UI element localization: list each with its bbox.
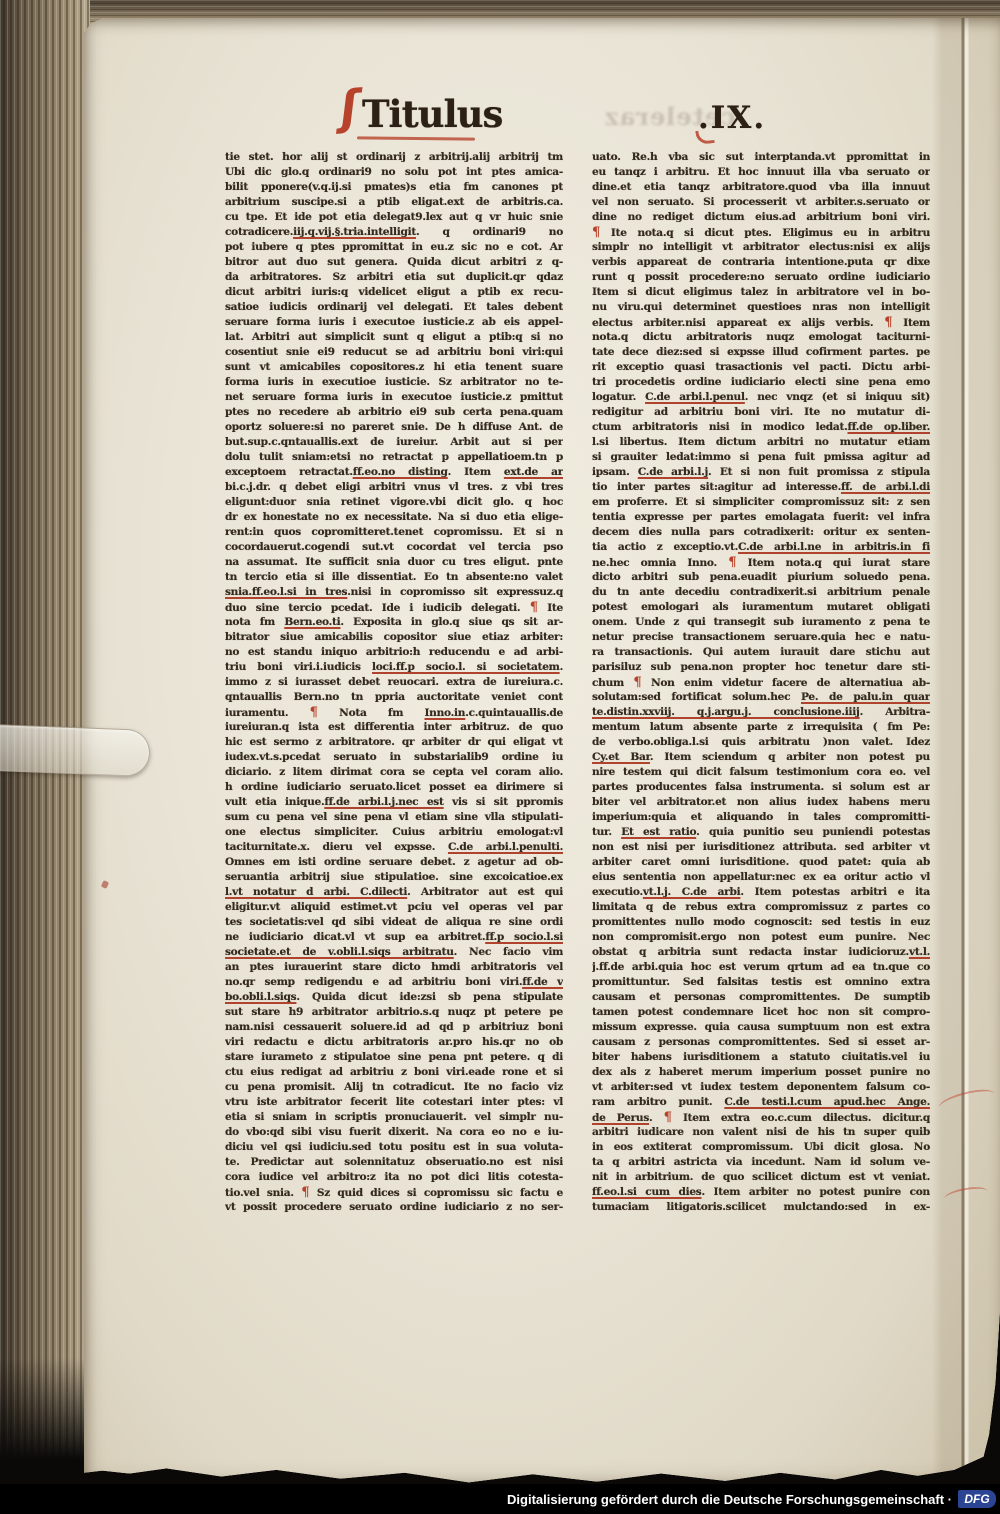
text-line: simplr no intelligit vt arbitrator elect… bbox=[592, 240, 930, 255]
text-line: tia actio z exceptio.vt.C.de arbi.l.ne i… bbox=[592, 540, 930, 555]
text-line: dolu tulit sniam:etsi no retractat p app… bbox=[225, 450, 563, 465]
text-line: societate.et de v.obli.l.siqs arbitratu.… bbox=[225, 945, 563, 960]
text-line: in eos extiterat compromissum. Ubi dicit… bbox=[592, 1140, 930, 1155]
text-line: non est nisi per iurisditionez attributa… bbox=[592, 840, 930, 855]
text-column-right: uato. Re.h vba sic sut interptanda.vt pp… bbox=[592, 150, 930, 1215]
text-line: obstat q arbitria sunt redacta instar iu… bbox=[592, 945, 930, 960]
text-line: na assumat. Ite sufficit snia duor cu tr… bbox=[225, 555, 563, 570]
text-line: bitror aut duo sut genera. Quida dicut a… bbox=[225, 255, 563, 270]
text-line: net seruare forma iuris in executoe iust… bbox=[225, 390, 563, 405]
text-line: tri procedetis ordine iudiciario electi … bbox=[592, 375, 930, 390]
text-line: decem dies nulla pars cotradixerit: orit… bbox=[592, 525, 930, 540]
text-line: ctu eius redigat ad arbitriu z boni viri… bbox=[225, 1065, 563, 1080]
text-line: te.distin.xxviij. q.j.argu.j. conclusion… bbox=[592, 705, 930, 720]
text-line: dine.et etia tanqz arbitratore.quod vba … bbox=[592, 180, 930, 195]
text-line: te. Predictar aut solennitatuz obseruati… bbox=[225, 1155, 563, 1170]
text-column-left: tie stet. hor alij st ordinarij z arbitr… bbox=[225, 150, 563, 1215]
text-line: tie stet. hor alij st ordinarij z arbitr… bbox=[225, 150, 563, 165]
text-line: solutam:sed fortificat solum.hec Pe. de … bbox=[592, 690, 930, 705]
text-line: sum cu pena vel sine pena vl etiam sine … bbox=[225, 810, 563, 825]
text-line: de Perus. ¶ Item extra eo.c.cum dilectus… bbox=[592, 1110, 930, 1125]
text-line: causam et personas compromittentes. De s… bbox=[592, 990, 930, 1005]
text-line: diciario. z litem dirimat cora se cepta … bbox=[225, 765, 563, 780]
text-line: tio inter partes sit:agitur ad interesse… bbox=[592, 480, 930, 495]
text-line: imperium:quia et aliquando in tales comp… bbox=[592, 810, 930, 825]
text-line: tio.vel snia. ¶ Sz quid dices si copromi… bbox=[225, 1185, 563, 1200]
text-line: ¶ Ite nota.q si dicut ptes. Eligimus eu … bbox=[592, 225, 930, 240]
text-line: iureiuran.q ista est differentia inter a… bbox=[225, 720, 563, 735]
text-line: tumaciam litigatoris.scilicet mulctando:… bbox=[592, 1200, 930, 1215]
text-line: snia.ff.eo.l.si in tres.nisi in copromis… bbox=[225, 585, 563, 600]
text-line: tamen potest condemnare licet hoc non si… bbox=[592, 1005, 930, 1020]
text-line: sut stare h9 arbitrator arbitrio.s.q nuq… bbox=[225, 1005, 563, 1020]
text-line: nota fm Bern.eo.ti. Exposita in glo.q si… bbox=[225, 615, 563, 630]
text-line: partes producentes falsa instrumenta. si… bbox=[592, 780, 930, 795]
text-line: dicto arbitri sub pena.euadit piurium so… bbox=[592, 570, 930, 585]
text-line: l.si libertus. Item dictum arbitri no mu… bbox=[592, 435, 930, 450]
text-line: cotradicere.iij.q.vij.§.tria.intelligit.… bbox=[225, 225, 563, 240]
digitization-credit-text: Digitalisierung gefördert durch die Deut… bbox=[507, 1492, 952, 1507]
text-line: ctum arbitratoris nisi in modico ledat.f… bbox=[592, 420, 930, 435]
text-line: lat. Arbitri aut simplicit sunt q eligut… bbox=[225, 330, 563, 345]
text-line: logatur. C.de arbi.l.penul. nec vnqz (et… bbox=[592, 390, 930, 405]
page-title: Titulus bbox=[362, 92, 502, 136]
text-line: j.ff.de arbi.quia hoc est verum qrtum ad… bbox=[592, 960, 930, 975]
text-line: nit in arbitrium. de quo scilicet dictum… bbox=[592, 1170, 930, 1185]
text-line: cu pena promisit. Alij tn cotradicut. It… bbox=[225, 1080, 563, 1095]
text-line: ipsam. C.de arbi.l.j. Et si non fuit pro… bbox=[592, 465, 930, 480]
text-line: tentia expresse per partes emolagata fue… bbox=[592, 510, 930, 525]
text-line: oportz soluere:si no pareret snie. De h … bbox=[225, 420, 563, 435]
text-line: chum ¶ Non enim videtur facere de altern… bbox=[592, 675, 930, 690]
text-line: one electus simpliciter. Cuius arbitriu … bbox=[225, 825, 563, 840]
text-line: seruantia arbitrij siue stipulatioe. sin… bbox=[225, 870, 563, 885]
text-line: biter vel arbitrator.et non alius iudex … bbox=[592, 795, 930, 810]
text-line: mentum latum absente parte z irrequisita… bbox=[592, 720, 930, 735]
text-line: iuramentu. ¶ Nota fm Inno.in.c.quintaual… bbox=[225, 705, 563, 720]
text-line: nota.q dictu arbitratoris nuqz emologat … bbox=[592, 330, 930, 345]
text-line: pot iubere q ptes ppromittat in eu.z sic… bbox=[225, 240, 563, 255]
text-line: du tn ante decediu contradixerit.si arbi… bbox=[592, 585, 930, 600]
text-line: duo sine tercio pcedat. Ide i iudicib de… bbox=[225, 600, 563, 615]
text-line: viri redactu e dictu arbitratoris ar.pro… bbox=[225, 1035, 563, 1050]
text-line: stare iurameto z stipulatoe sine pena pn… bbox=[225, 1050, 563, 1065]
text-line: arbitrium suscipe.si a ptib eligat.ext d… bbox=[225, 195, 563, 210]
text-line: redigitur ad arbitriu boni viri. Ite no … bbox=[592, 405, 930, 420]
page-marker-tab bbox=[0, 724, 151, 777]
rubric-flourish-icon bbox=[695, 129, 714, 145]
text-line: bi.c.j.dr. q debet eligi arbitri vnus vl… bbox=[225, 480, 563, 495]
text-line: Omnes em isti ordine seruare debet. z ag… bbox=[225, 855, 563, 870]
text-line: eu tanqz i arbitru. Et hoc innuut illa v… bbox=[592, 165, 930, 180]
manuscript-page: ʃ Titulus ceteleraz .IX. tie stet. hor a… bbox=[84, 18, 1000, 1486]
text-line: vel non seruato. Si processerit vt arbit… bbox=[592, 195, 930, 210]
text-line: causam z personas compromittentes. Sed s… bbox=[592, 1035, 930, 1050]
text-line: dr ex honestate no ex necessitate. Na si… bbox=[225, 510, 563, 525]
text-line: netur precise transactionem seruare.quia… bbox=[592, 630, 930, 645]
text-line: rit exceptio quasi trasactionis vel pact… bbox=[592, 360, 930, 375]
text-line: exceptoem retractat.ff.eo.no disting. It… bbox=[225, 465, 563, 480]
text-line: tn tercio etia si ille dissentiat. Eo tn… bbox=[225, 570, 563, 585]
text-line: executio.vt.l.j. C.de arbi. Item potesta… bbox=[592, 885, 930, 900]
text-line: parisiluz sub pena.non propter hoc tenet… bbox=[592, 660, 930, 675]
text-line: nu viru.qui determinet questioes nras no… bbox=[592, 300, 930, 315]
text-line: ra transactionis. Qui autem iurauit dare… bbox=[592, 645, 930, 660]
text-line: eius sententia non appellatur:nec ex ea … bbox=[592, 870, 930, 885]
text-line: promittentes nullo modo cognoscit: sed t… bbox=[592, 915, 930, 930]
text-line: dine no rediget dictum eius.ad arbitrium… bbox=[592, 210, 930, 225]
text-line: uato. Re.h vba sic sut interptanda.vt pp… bbox=[592, 150, 930, 165]
text-line: verbis appareat de contraria intentione.… bbox=[592, 255, 930, 270]
text-line: cora iudice vel arbitro:z ita no pot dic… bbox=[225, 1170, 563, 1185]
text-line: diciu vel qsi iudiciu.sed totu positu es… bbox=[225, 1140, 563, 1155]
text-line: Ubi dic glo.q ordinari9 no solu pot int … bbox=[225, 165, 563, 180]
text-line: sunt vt amicabiles copositores.z hi etia… bbox=[225, 360, 563, 375]
text-line: but.sup.c.qntauallis.ext de iureiur. Arb… bbox=[225, 435, 563, 450]
text-line: satioe iudicis ordinarij vel delegati. E… bbox=[225, 300, 563, 315]
text-line: ram arbitro punit. C.de testi.l.cum apud… bbox=[592, 1095, 930, 1110]
text-line: non compromisit.ergo non potest eum puni… bbox=[592, 930, 930, 945]
rubric-underline bbox=[357, 136, 475, 140]
text-line: ff.eo.l.si cum dies. Item arbiter no pot… bbox=[592, 1185, 930, 1200]
text-line: vult etia inique.ff.de arbi.l.j.nec est … bbox=[225, 795, 563, 810]
scanned-book-viewer: ʃ Titulus ceteleraz .IX. tie stet. hor a… bbox=[0, 0, 1000, 1514]
text-line: cocordauerut.cogendi sut.vt cocordat vel… bbox=[225, 540, 563, 555]
text-line: cu tpe. Et ide pot etia delegat9.lex aut… bbox=[225, 210, 563, 225]
text-line: arbitri iudicare non valent nisi de his … bbox=[592, 1125, 930, 1140]
text-line: nire testem qui dicit falsum testimonium… bbox=[592, 765, 930, 780]
text-line: do vbo:qd sibi visu fuerit dixerit. Na c… bbox=[225, 1125, 563, 1140]
text-line: ta q arbitri astricta via incedunt. Nam … bbox=[592, 1155, 930, 1170]
text-line: promittuntur. Sed falsitas testis est om… bbox=[592, 975, 930, 990]
text-line: no.qr semp redigendu e ad arbitriu boni … bbox=[225, 975, 563, 990]
text-line: forma iuris in executioe iusticie. Sz ar… bbox=[225, 375, 563, 390]
dfg-logo: DFG bbox=[958, 1490, 996, 1508]
text-line: potest emologari als iuramentum mutaret … bbox=[592, 600, 930, 615]
text-line: runt q possit procedere:no seruato ordin… bbox=[592, 270, 930, 285]
text-line: biter habens iurisditionem a statuto ciu… bbox=[592, 1050, 930, 1065]
text-line: em proferre. Et si simpliciter compromis… bbox=[592, 495, 930, 510]
text-line: Item si dicut eligimus talez in arbitrat… bbox=[592, 285, 930, 300]
text-line: seruare forma iuris i executoe iusticie.… bbox=[225, 315, 563, 330]
text-line: bitrator siue amicabilis copositor siue … bbox=[225, 630, 563, 645]
text-line: arbiter caret omni iurisditione. quod pa… bbox=[592, 855, 930, 870]
text-line: vt arbiter:sed vt iudex testem deponente… bbox=[592, 1080, 930, 1095]
text-line: hic est sermo z arbitratore. qr arbiter … bbox=[225, 735, 563, 750]
text-line: da arbitratores. Sz arbitri etia sut dup… bbox=[225, 270, 563, 285]
text-line: eligitur.vt aliquid estimet.vt pciu vel … bbox=[225, 900, 563, 915]
text-line: nam.nisi cessauerit soluere.id ad qd p a… bbox=[225, 1020, 563, 1035]
text-line: missum expresse. quia causa sumptuum non… bbox=[592, 1020, 930, 1035]
text-line: bo.obli.l.siqs. Quida dicut ide:zsi sb p… bbox=[225, 990, 563, 1005]
text-line: immo z si iurasset debet reuocari. extra… bbox=[225, 675, 563, 690]
text-line: eligunt:duor snia retinet vigore.vbi dic… bbox=[225, 495, 563, 510]
credit-bar: Digitalisierung gefördert durch die Deut… bbox=[0, 1484, 1000, 1514]
text-line: dicut arbitri iuris:q videlicet eligut a… bbox=[225, 285, 563, 300]
text-line: ne iudiciario dicat.vl vt sup ea arbitre… bbox=[225, 930, 563, 945]
text-line: dex als z haberet merum imperium posset … bbox=[592, 1065, 930, 1080]
text-line: iudex.vt.s.pcedat seruato in substariali… bbox=[225, 750, 563, 765]
text-line: si grauiter ledat:immo si pena fuit pmis… bbox=[592, 450, 930, 465]
text-line: tur. Et est ratio. quia punitio seu puni… bbox=[592, 825, 930, 840]
text-line: qntauallis Bern.no tn ppria auctoritate … bbox=[225, 690, 563, 705]
text-line: ptes no recedere ab arbitrio ei9 sub cer… bbox=[225, 405, 563, 420]
rubric-pilcrow-icon: ʃ bbox=[338, 83, 360, 130]
text-line: rent:in quos copromitteret.tenet copromi… bbox=[225, 525, 563, 540]
text-line: no est standu iniquo arbitrio:h reducend… bbox=[225, 645, 563, 660]
text-line: tes societatis:vel qd sibi videat de ali… bbox=[225, 915, 563, 930]
text-line: l.vt notatur d arbi. C.dilecti. Arbitrat… bbox=[225, 885, 563, 900]
text-line: tate dece diez:sed si expsse illud cofir… bbox=[592, 345, 930, 360]
text-line: ne.hec omnia Inno. ¶ Item nota.q qui iur… bbox=[592, 555, 930, 570]
text-line: an ptes iurauerint stare dicto hmdi arbi… bbox=[225, 960, 563, 975]
text-line: onem. Unde z qui transegit sub iuramento… bbox=[592, 615, 930, 630]
text-line: limitata q de rebus extra compromissuz z… bbox=[592, 900, 930, 915]
text-line: etia si sniam in scriptis pronuciauerit.… bbox=[225, 1110, 563, 1125]
text-line: de verbo.obliga.l.si quis arbitratu )non… bbox=[592, 735, 930, 750]
text-line: triu boni viri.i.iudicis loci.ff.p socio… bbox=[225, 660, 563, 675]
text-line: bilit pponere(v.q.ij.si pmates)s etia fm… bbox=[225, 180, 563, 195]
text-line: h ordine iudiciario seruato.licet posset… bbox=[225, 780, 563, 795]
text-line: vt possit procedere seruato ordine iudic… bbox=[225, 1200, 563, 1215]
text-line: taciturnitate.x. dieru vel expsse. C.de … bbox=[225, 840, 563, 855]
text-line: electus arbiter.nisi appareat ex alijs v… bbox=[592, 315, 930, 330]
text-line: vtru iste arbitrator fecerit lite cotest… bbox=[225, 1095, 563, 1110]
text-line: cosentiut snie ei9 reducut se ad arbitri… bbox=[225, 345, 563, 360]
text-line: Cy.et Bar. Item sciendum q arbiter non p… bbox=[592, 750, 930, 765]
